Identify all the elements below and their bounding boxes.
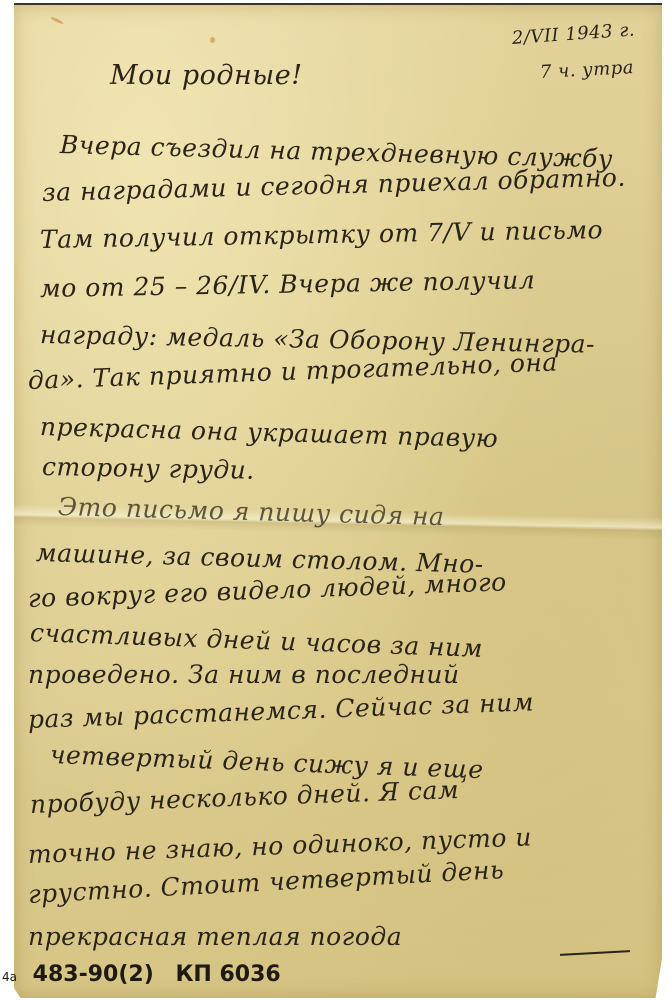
archive-inventory-number: 483-90(2) <box>33 962 154 987</box>
letter-greeting: Мои родные! <box>110 60 303 91</box>
archive-prefix: 4а <box>2 970 17 984</box>
archive-catalog-number: КП 6036 <box>175 962 280 987</box>
paper-stain <box>50 16 64 25</box>
archive-marks: 4а 483-90(2) КП 6036 <box>2 962 281 987</box>
letter-line: сторону груди. <box>42 452 255 485</box>
letter-line: прекрасная теплая погода <box>28 922 402 951</box>
paper-stain <box>210 37 215 43</box>
letter-line: проведено. За ним в последний <box>28 660 460 689</box>
